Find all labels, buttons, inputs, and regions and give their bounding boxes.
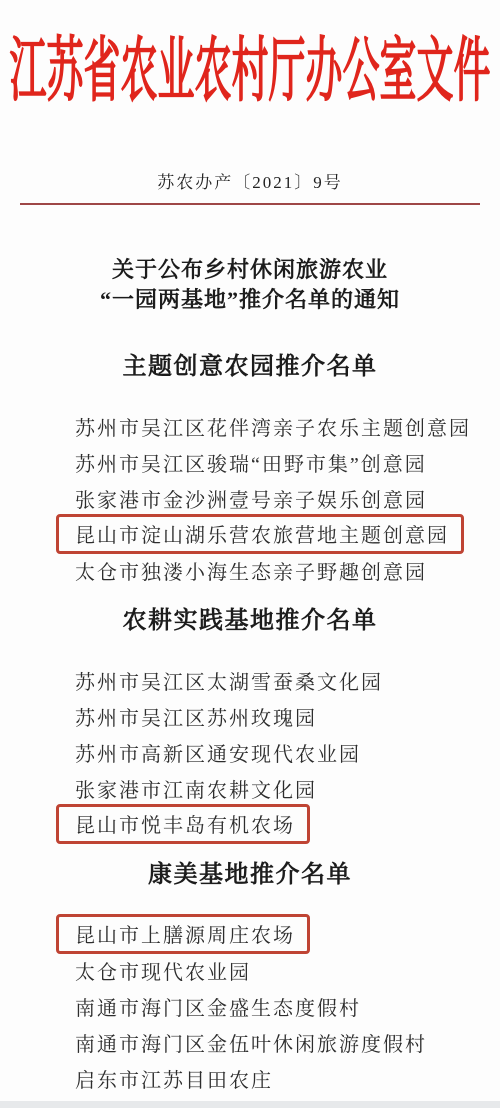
highlighted-item-text: 昆山市淀山湖乐营农旅营地主题创意园 <box>56 514 464 554</box>
document-page: 江苏省农业农村厅办公室文件 苏农办产〔2021〕9号 关于公布乡村休闲旅游农业 … <box>0 0 500 1096</box>
section-list: 昆山市上膳源周庄农场太仓市现代农业园南通市海门区金盛生态度假村南通市海门区金伍叶… <box>0 916 500 1096</box>
notice-title-line2: “一园两基地”推介名单的通知 <box>0 285 500 315</box>
list-item: 苏州市吴江区花伴湾亲子农乐主题创意园 <box>75 408 500 444</box>
document-masthead: 江苏省农业农村厅办公室文件 <box>0 0 500 112</box>
item-text: 南通市海门区金盛生态度假村 <box>75 992 361 1021</box>
notice-title-line1: 关于公布乡村休闲旅游农业 <box>0 255 500 285</box>
list-item: 昆山市淀山湖乐营农旅营地主题创意园 <box>75 516 500 552</box>
list-item: 昆山市上膳源周庄农场 <box>75 916 500 952</box>
section-heading: 主题创意农园推介名单 <box>0 352 500 382</box>
section-heading: 康美基地推介名单 <box>0 860 500 890</box>
red-divider-line <box>20 203 480 205</box>
list-item: 张家港市金沙洲壹号亲子娱乐创意园 <box>75 480 500 516</box>
section-list: 苏州市吴江区太湖雪蚕桑文化园苏州市吴江区苏州玫瑰园苏州市高新区通安现代农业园张家… <box>0 662 500 842</box>
list-item: 张家港市江南农耕文化园 <box>75 770 500 806</box>
item-text: 张家港市江南农耕文化园 <box>75 774 317 803</box>
section-list: 苏州市吴江区花伴湾亲子农乐主题创意园苏州市吴江区骏瑞“田野市集”创意园张家港市金… <box>0 408 500 588</box>
highlighted-item-text: 昆山市悦丰岛有机农场 <box>56 804 310 844</box>
item-text: 太仓市独溇小海生态亲子野趣创意园 <box>75 556 427 585</box>
item-text: 启东市江苏目田农庄 <box>75 1064 273 1093</box>
item-text: 苏州市吴江区太湖雪蚕桑文化园 <box>75 666 383 695</box>
sections-container: 主题创意农园推介名单苏州市吴江区花伴湾亲子农乐主题创意园苏州市吴江区骏瑞“田野市… <box>0 352 500 1096</box>
list-item: 苏州市高新区通安现代农业园 <box>75 734 500 770</box>
item-text: 苏州市吴江区骏瑞“田野市集”创意园 <box>75 448 427 477</box>
item-text: 南通市海门区金伍叶休闲旅游度假村 <box>75 1028 427 1057</box>
item-text: 张家港市金沙洲壹号亲子娱乐创意园 <box>75 484 427 513</box>
item-text: 苏州市吴江区苏州玫瑰园 <box>75 702 317 731</box>
list-item: 启东市江苏目田农庄 <box>75 1060 500 1096</box>
document-number: 苏农办产〔2021〕9号 <box>0 168 500 192</box>
highlighted-item-text: 昆山市上膳源周庄农场 <box>56 914 310 954</box>
bottom-edge-strip <box>0 1101 500 1108</box>
section-heading: 农耕实践基地推介名单 <box>0 606 500 636</box>
item-text: 太仓市现代农业园 <box>75 956 251 985</box>
list-item: 太仓市现代农业园 <box>75 952 500 988</box>
list-item: 昆山市悦丰岛有机农场 <box>75 806 500 842</box>
notice-title: 关于公布乡村休闲旅游农业 “一园两基地”推介名单的通知 <box>0 255 500 315</box>
list-item: 太仓市独溇小海生态亲子野趣创意园 <box>75 552 500 588</box>
item-text: 苏州市高新区通安现代农业园 <box>75 738 361 767</box>
list-item: 南通市海门区金盛生态度假村 <box>75 988 500 1024</box>
list-item: 苏州市吴江区骏瑞“田野市集”创意园 <box>75 444 500 480</box>
item-text: 苏州市吴江区花伴湾亲子农乐主题创意园 <box>75 412 471 441</box>
list-item: 苏州市吴江区太湖雪蚕桑文化园 <box>75 662 500 698</box>
list-item: 南通市海门区金伍叶休闲旅游度假村 <box>75 1024 500 1060</box>
list-item: 苏州市吴江区苏州玫瑰园 <box>75 698 500 734</box>
masthead-title: 江苏省农业农村厅办公室文件 <box>10 13 491 116</box>
